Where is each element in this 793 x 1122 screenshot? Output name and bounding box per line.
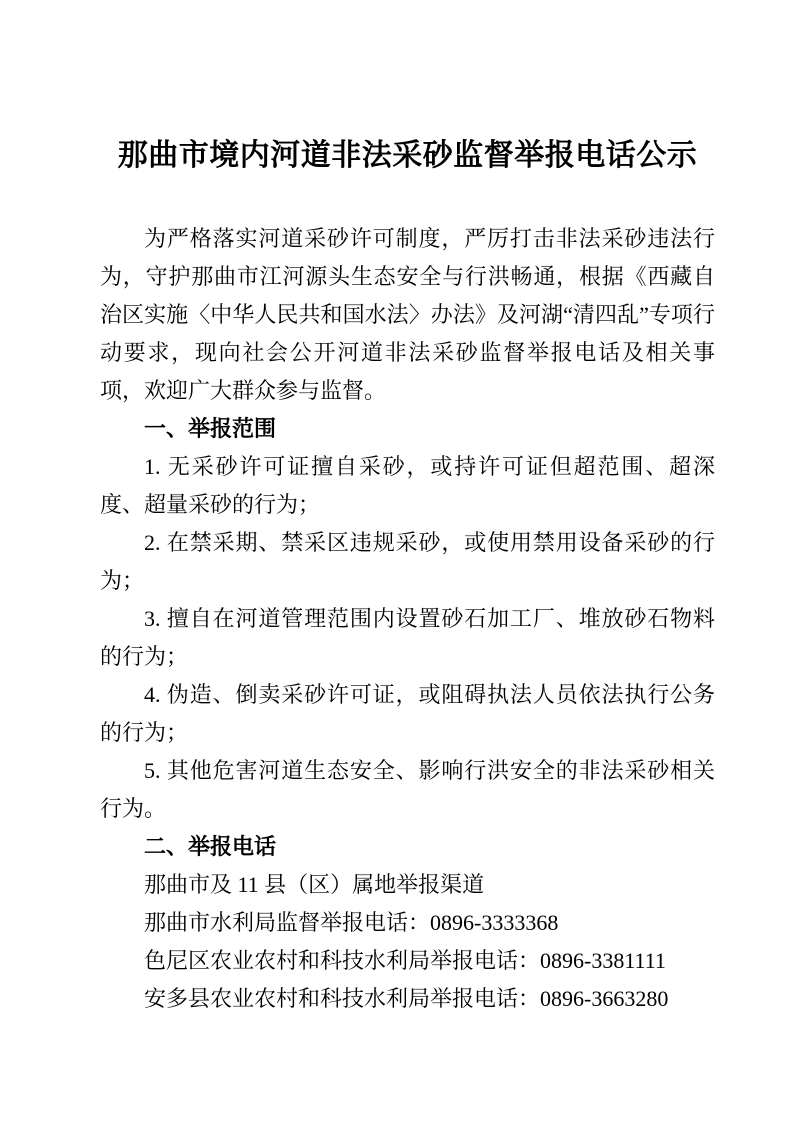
phone-line-anduo-county: 安多县农业农村和科技水利局举报电话：0896-3663280	[100, 980, 715, 1018]
report-scope-item-3: 3. 擅自在河道管理范围内设置砂石加工厂、堆放砂石物料的行为；	[100, 600, 715, 676]
section-2-heading: 二、举报电话	[100, 828, 715, 866]
document-page: 那曲市境内河道非法采砂监督举报电话公示 为严格落实河道采砂许可制度，严厉打击非法…	[0, 0, 793, 1122]
report-scope-item-5: 5. 其他危害河道生态安全、影响行洪安全的非法采砂相关行为。	[100, 752, 715, 828]
report-scope-item-1: 1. 无采砂许可证擅自采砂，或持许可证但超范围、超深度、超量采砂的行为；	[100, 448, 715, 524]
report-channel-line: 那曲市及 11 县（区）属地举报渠道	[100, 866, 715, 904]
document-content: 那曲市境内河道非法采砂监督举报电话公示 为严格落实河道采砂许可制度，严厉打击非法…	[0, 0, 793, 1018]
phone-line-seni-district: 色尼区农业农村和科技水利局举报电话：0896-3381111	[100, 942, 715, 980]
report-scope-item-4: 4. 伪造、倒卖采砂许可证，或阻碍执法人员依法执行公务的行为；	[100, 676, 715, 752]
report-scope-item-2: 2. 在禁采期、禁采区违规采砂，或使用禁用设备采砂的行为；	[100, 524, 715, 600]
phone-line-naqu-water-bureau: 那曲市水利局监督举报电话：0896-3333368	[100, 904, 715, 942]
section-1-heading: 一、举报范围	[100, 410, 715, 448]
page-title: 那曲市境内河道非法采砂监督举报电话公示	[100, 136, 715, 176]
intro-paragraph: 为严格落实河道采砂许可制度，严厉打击非法采砂违法行为，守护那曲市江河源头生态安全…	[100, 220, 715, 410]
